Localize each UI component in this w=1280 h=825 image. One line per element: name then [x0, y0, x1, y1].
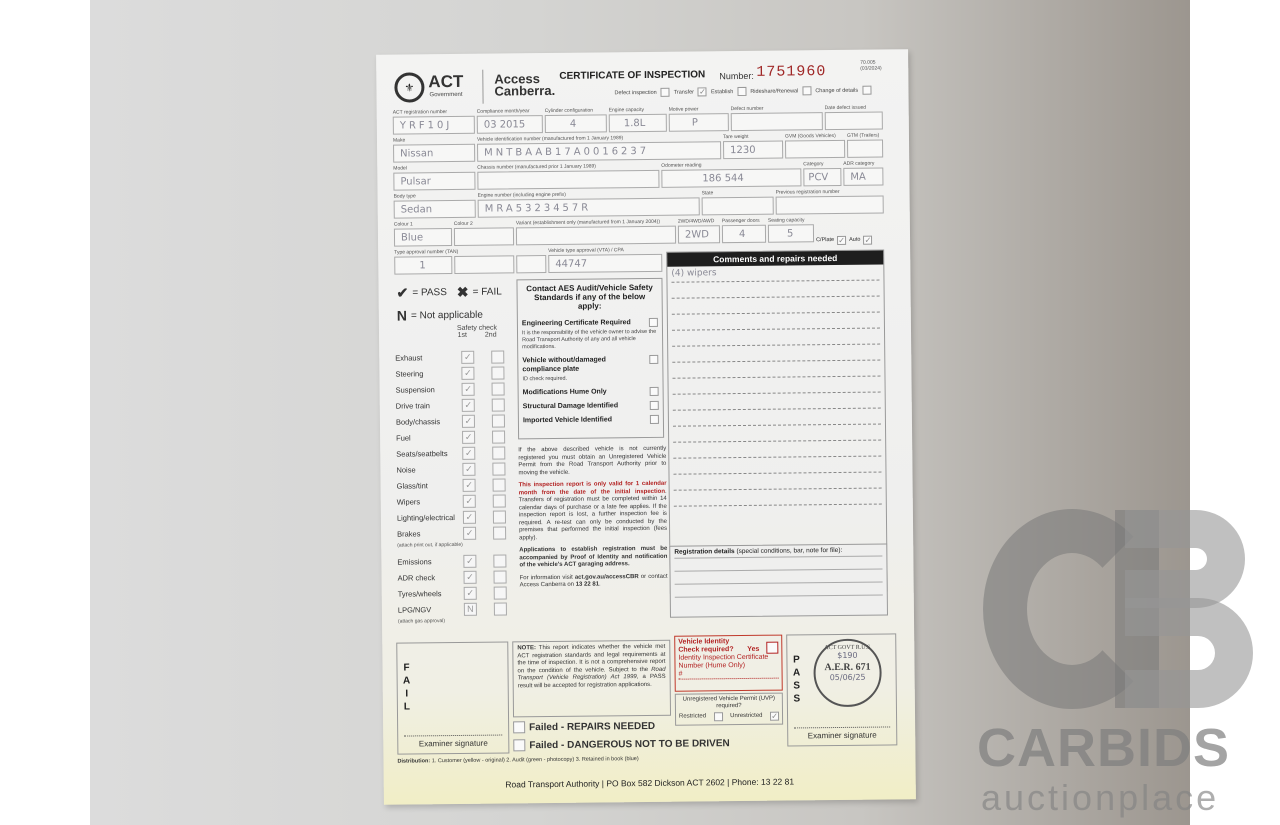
certificate-number: 1751960 [756, 63, 826, 81]
form-code: 70.005 (03/2024) [860, 59, 894, 71]
check-label: Noise [396, 465, 415, 474]
second-check-box[interactable] [494, 586, 507, 599]
check-label: LPG/NGV [398, 605, 431, 614]
result-legend: ✔= PASS✖= FAIL N= Not applicable [396, 283, 516, 329]
check-icon: ✔ [396, 284, 408, 301]
field-value [477, 170, 659, 190]
registration-details-box[interactable]: Registration details (special conditions… [669, 543, 888, 617]
failed-repairs-checkbox[interactable] [513, 721, 525, 733]
aes-item-label: Modifications Hume Only [523, 388, 607, 396]
make-field[interactable]: MakeNissan [393, 136, 475, 165]
first-check-box[interactable]: N [464, 603, 477, 616]
field-value: MRA5323457R [478, 197, 700, 217]
check-note: (attach print out, if applicable) [397, 542, 463, 549]
previous-registration-field[interactable]: Previous registration number [776, 187, 884, 216]
aes-title: Contact AES Audit/Vehicle Safety Standar… [521, 283, 657, 311]
fail-examiner-signature: Examiner signature [398, 738, 508, 748]
first-check-box[interactable]: ✓ [463, 555, 476, 568]
aes-item-label: Engineering Certificate Required [522, 319, 631, 327]
second-check-box[interactable] [493, 570, 506, 583]
inspection-type-label: Change of details [815, 87, 858, 93]
gtm-field[interactable]: GTM (Trailers) [847, 132, 883, 160]
drive-type-field[interactable]: 2WD/4WD/AWD2WD [678, 217, 720, 245]
aes-item: Vehicle without/damaged compliance plate [522, 355, 658, 374]
pass-vertical-label: PASS [791, 653, 802, 705]
aes-item-checkbox[interactable] [649, 318, 658, 327]
aes-item-checkbox[interactable] [650, 387, 659, 396]
field-value: 4 [545, 114, 607, 133]
validity-notice: This inspection report is only valid for… [519, 481, 668, 543]
second-check-box[interactable] [493, 478, 506, 491]
field-label: Passenger doors [722, 217, 766, 225]
aes-item-note: It is the responsibility of the vehicle … [522, 329, 658, 351]
aes-item-checkbox[interactable] [649, 355, 658, 364]
field-value [825, 112, 883, 131]
aes-item-note: ID check required. [522, 375, 658, 383]
field-value [454, 227, 514, 246]
field-label: Variant (establishment only (manufacture… [516, 218, 676, 228]
second-check-box[interactable] [494, 602, 507, 615]
note-text1: This report indicates whether the vehicl… [517, 644, 665, 674]
first-check-box[interactable]: ✓ [462, 463, 475, 476]
registration-number-field[interactable]: ACT registration numberYRF10J [393, 108, 475, 137]
inspection-type-checkbox[interactable] [802, 86, 811, 95]
uvp-restricted-label: Restricted [679, 713, 706, 720]
vertical-letter: A [402, 674, 412, 687]
seating-capacity-field[interactable]: Seating capacity5 [768, 216, 814, 244]
colour1-field[interactable]: Colour 1Blue [394, 220, 452, 249]
vertical-letter: S [792, 692, 802, 705]
website-link[interactable]: act.gov.au/accessCBR [575, 574, 639, 581]
aes-contact-box: Contact AES Audit/Vehicle Safety Standar… [516, 278, 664, 440]
first-check-box[interactable]: ✓ [462, 431, 475, 444]
failed-repairs-label: Failed - REPAIRS NEEDED [529, 720, 655, 732]
inspection-type-checkbox[interactable] [862, 86, 871, 95]
safety-check-row: Suspension✓ [394, 381, 514, 398]
vertical-letter: L [402, 700, 412, 713]
check-label: Emissions [397, 557, 431, 566]
contact-info: For information visit act.gov.au/accessC… [520, 573, 668, 590]
uvp-unrestricted-label: Unrestricted [730, 713, 762, 720]
engine-capacity-field[interactable]: Engine capacity1.8L [609, 106, 667, 135]
gvm-field[interactable]: GVM (Goods Vehicles) [785, 132, 845, 161]
aes-item-label: Structural Damage Identified [523, 402, 618, 410]
defect-number-field[interactable]: Defect number [731, 104, 823, 133]
colour2-field[interactable]: Colour 2 [454, 219, 514, 248]
cross-icon: ✖ [457, 284, 469, 301]
stamp-fee: $190 [815, 651, 879, 661]
comments-box: Comments and repairs needed (4) wipers [666, 249, 888, 593]
check-label: Steering [395, 369, 423, 378]
field-value [516, 226, 676, 246]
safety-check-row: Seats/seatbelts✓ [394, 445, 514, 462]
second-check-box[interactable] [492, 398, 505, 411]
field-value: 1.8L [609, 114, 667, 133]
engine-number-field[interactable]: Engine number (including engine prefix)M… [478, 189, 700, 219]
second-check-box[interactable] [492, 430, 505, 443]
uvp-restricted-checkbox[interactable] [714, 712, 723, 721]
tan-box-2[interactable] [454, 255, 514, 284]
first-check-box[interactable]: ✓ [463, 571, 476, 584]
signature-line [404, 735, 502, 737]
first-check-box[interactable]: ✓ [463, 511, 476, 524]
adr-category-field[interactable]: ADR categoryMA [843, 160, 883, 188]
check-label: Wipers [397, 497, 420, 506]
inspection-type-checkbox[interactable] [661, 88, 670, 97]
check-label: Suspension [396, 385, 435, 394]
official-stamp: ACT GOVT R.U.S $190 A.E.R. 671 05/06/25 [813, 639, 882, 708]
vertical-letter: I [402, 687, 412, 700]
aes-item-note [523, 426, 659, 427]
inspection-type-checkbox[interactable] [737, 87, 746, 96]
document-title: CERTIFICATE OF INSPECTION [559, 69, 705, 82]
second-check-box[interactable] [492, 414, 505, 427]
first-check-box[interactable]: ✓ [463, 479, 476, 492]
second-check-box[interactable] [492, 446, 505, 459]
variant-field[interactable]: Variant (establishment only (manufacture… [516, 218, 676, 248]
field-value: Pulsar [393, 172, 475, 191]
legal-note: NOTE: This report indicates whether the … [512, 640, 671, 718]
odometer-field[interactable]: Odometer reading186 544 [661, 160, 801, 189]
aes-item-note [523, 398, 659, 399]
body-type-field[interactable]: Body typeSedan [394, 192, 476, 221]
signature-line [794, 726, 890, 728]
field-value: Nissan [393, 144, 475, 163]
first-check-box[interactable]: ✓ [464, 587, 477, 600]
inspection-type-label: Transfer [674, 89, 694, 95]
first-check-box[interactable]: ✓ [461, 351, 474, 364]
check-label: Lighting/electrical [397, 513, 455, 523]
first-check-box[interactable]: ✓ [462, 447, 475, 460]
field-label: 2WD/4WD/AWD [678, 217, 720, 225]
check-note: (attach gas approval) [398, 618, 445, 624]
cylinder-config-field[interactable]: Cylinder configuration4 [545, 106, 607, 135]
safety-check-row: Exhaust✓ [393, 349, 513, 366]
cplate-label: C/Plate [816, 237, 834, 243]
safety-check-row: Glass/tint✓ [395, 477, 515, 494]
auto-label: Auto [849, 237, 860, 243]
second-check-box[interactable] [492, 462, 505, 475]
first-check-box[interactable]: ✓ [462, 415, 475, 428]
vertical-letter: A [792, 666, 802, 679]
safety-check-row: Body/chassis✓ [394, 413, 514, 430]
safety-check-row: Wipers✓ [395, 493, 515, 510]
inspection-type-checkbox[interactable]: ✓ [698, 87, 707, 96]
field-value: 44747 [548, 254, 662, 273]
field-value [731, 112, 823, 131]
aes-item: Engineering Certificate Required [522, 318, 658, 328]
uvp-unrestricted-checkbox[interactable]: ✓ [770, 712, 779, 721]
safety-check-row: LPG/NGVN [396, 601, 516, 618]
field-value [847, 140, 883, 158]
reg-label-rest: (special conditions, bar, note for file)… [735, 547, 843, 555]
distribution-note: Distribution: 1. Customer (yellow - orig… [397, 756, 638, 765]
information-text: If the above described vehicle is not cu… [518, 446, 668, 595]
first-check-box[interactable]: ✓ [462, 383, 475, 396]
first-check-box[interactable]: ✓ [462, 399, 475, 412]
field-value: PCV [803, 168, 841, 186]
fail-section: FAIL Examiner signature [396, 641, 509, 754]
safety-check-row: Noise✓ [394, 461, 514, 478]
check-label: Exhaust [395, 353, 422, 362]
access-canberra-logo: Access Canberra. [494, 73, 555, 98]
field-value: 1 [394, 256, 452, 275]
field-value: YRF10J [393, 116, 475, 135]
vin-field[interactable]: Vehicle identification number (manufactu… [477, 133, 721, 164]
vic-yes-label: Yes [747, 646, 759, 654]
establish-notice: Applications to establish registration m… [519, 546, 667, 570]
first-label: 1st [458, 332, 467, 339]
safety-check-row: ADR check✓ [395, 569, 515, 586]
vertical-letter: P [791, 653, 801, 666]
safety-check-row: Tyres/wheels✓ [396, 585, 516, 602]
certificate-of-inspection: ⚜ ACT Government Access Canberra. CERTIF… [376, 49, 916, 805]
vehicle-identity-check: Vehicle Identity Check required?Yes Iden… [674, 635, 783, 692]
second-check-box[interactable] [492, 382, 505, 395]
check-label: Brakes [397, 529, 420, 538]
field-value: 186 544 [661, 168, 801, 187]
check-label: Fuel [396, 433, 411, 442]
uvp-section: Unregistered Vehicle Permit (UVP) requir… [675, 693, 783, 726]
second-check-box[interactable] [493, 526, 506, 539]
aes-item: Structural Damage Identified [523, 401, 659, 411]
phone-number: 13 22 81 [576, 582, 599, 588]
check-label: ADR check [398, 573, 436, 582]
check-label: Tyres/wheels [398, 589, 442, 598]
second-check-box[interactable] [493, 510, 506, 523]
comment-line[interactable] [674, 489, 882, 507]
pass-examiner-signature: Examiner signature [788, 730, 896, 740]
inspection-type-options: Defect inspectionTransfer✓EstablishRides… [614, 86, 871, 98]
n-icon: N [397, 307, 407, 323]
field-value: 5 [768, 224, 814, 242]
logo-divider [482, 70, 483, 104]
aes-item-checkbox[interactable] [650, 415, 659, 424]
field-value: 03 2015 [477, 115, 543, 134]
category-field[interactable]: CategoryPCV [803, 160, 841, 188]
inspection-type-label: Establish [711, 89, 733, 95]
vic-title: Vehicle Identity Check required? [678, 638, 740, 655]
compliance-date-field[interactable]: Compliance month/year03 2015 [477, 107, 543, 136]
access-line2: Canberra. [494, 85, 555, 98]
field-value: MA [843, 168, 883, 186]
safety-check-row: Emissions✓ [395, 553, 515, 570]
validity-rest: . Transfers of registration must be comp… [519, 488, 667, 541]
field-value [785, 140, 845, 159]
first-check-box[interactable]: ✓ [463, 495, 476, 508]
validity-warning: This inspection report is only valid for… [519, 481, 667, 496]
aes-item: Modifications Hume Only [523, 387, 659, 397]
tan-field[interactable]: Type approval number (TAN)1 [394, 248, 452, 277]
act-logo-text: ACT [428, 72, 463, 92]
field-value: P [669, 113, 729, 132]
field-value: Blue [394, 228, 452, 247]
field-label: Type approval number (TAN) [394, 248, 452, 257]
chassis-number-field[interactable]: Chassis number (manufactured prior 1 Jan… [477, 162, 659, 192]
check-label: Body/chassis [396, 417, 440, 426]
distribution-label: Distribution: [397, 758, 430, 764]
vertical-letter: S [792, 679, 802, 692]
first-check-box[interactable]: ✓ [461, 367, 474, 380]
safety-check-header: Safety check 1st2nd [457, 325, 497, 339]
number-label: Number: [719, 71, 754, 81]
act-crest-icon: ⚜ [394, 72, 424, 102]
tare-weight-field[interactable]: Tare weight1230 [723, 133, 783, 162]
failed-dangerous-option[interactable]: Failed - DANGEROUS NOT TO BE DRIVEN [513, 737, 730, 751]
field-value [776, 195, 884, 214]
field-value: Sedan [394, 200, 476, 219]
pass-legend: = PASS [412, 287, 447, 298]
second-check-box[interactable] [491, 366, 504, 379]
failed-dangerous-label: Failed - DANGEROUS NOT TO BE DRIVEN [529, 738, 729, 751]
field-value: 1230 [723, 141, 783, 160]
field-value: MNTBAAB17A0016237 [477, 141, 721, 162]
fail-legend: = FAIL [473, 287, 502, 298]
check-label: Drive train [396, 401, 430, 410]
aes-item-label: Imported Vehicle Identified [523, 416, 612, 424]
safety-check-row: Brakes✓ [395, 525, 515, 542]
reg-label-bold: Registration details [674, 548, 734, 556]
footer-address: Road Transport Authority | PO Box 582 Di… [384, 775, 916, 791]
check-label: Glass/tint [397, 481, 428, 490]
second-check-box[interactable] [491, 350, 504, 363]
inspection-type-label: Rideshare/Renewal [750, 88, 798, 95]
fail-vertical-label: FAIL [401, 661, 412, 713]
failed-repairs-option[interactable]: Failed - REPAIRS NEEDED [513, 720, 655, 733]
vic-subtitle: Identity Inspection Certificate Number (… [678, 654, 778, 671]
inspection-type-label: Defect inspection [614, 89, 656, 95]
field-value: 4 [722, 225, 766, 243]
na-legend: = Not applicable [411, 309, 483, 321]
second-check-box[interactable] [493, 494, 506, 507]
field-label: GTM (Trailers) [847, 132, 883, 140]
contact-pre: For information visit [520, 574, 575, 581]
aes-item-note [523, 412, 659, 413]
first-check-box[interactable]: ✓ [463, 527, 476, 540]
vic-yes-checkbox[interactable] [766, 642, 778, 654]
date-defect-field[interactable]: Date defect issued [825, 104, 883, 133]
pass-section: PASS ACT GOVT R.U.S $190 A.E.R. 671 05/0… [786, 633, 897, 746]
passenger-doors-field[interactable]: Passenger doors4 [722, 217, 766, 245]
aes-item: Imported Vehicle Identified [523, 415, 659, 425]
vta-cpa-field[interactable]: Vehicle type approval (VTA) / CPA44747 [548, 246, 662, 275]
second-check-box[interactable] [493, 554, 506, 567]
act-government-text: Government [429, 92, 462, 98]
stamp-date: 05/06/25 [816, 673, 880, 683]
vic-number-field[interactable]: # [679, 670, 779, 680]
uvp-question: Unregistered Vehicle Permit (UVP) requir… [676, 696, 782, 711]
check-label: Seats/seatbelts [396, 449, 447, 459]
aes-item-checkbox[interactable] [650, 401, 659, 410]
safety-check-row: Steering✓ [393, 365, 513, 382]
safety-check-row: Drive train✓ [394, 397, 514, 414]
stamp-id: A.E.R. 671 [815, 662, 879, 674]
state-field[interactable]: State [702, 189, 774, 218]
unregistered-notice: If the above described vehicle is not cu… [518, 446, 666, 478]
check-note-row: (attach gas approval) [396, 617, 516, 626]
aes-item-label: Vehicle without/damaged compliance plate [522, 356, 606, 373]
distribution-items: 1. Customer (yellow - original) 2. Audit… [432, 756, 639, 764]
note-label: NOTE: [517, 645, 536, 651]
safety-check-list: Exhaust✓Steering✓Suspension✓Drive train✓… [393, 349, 516, 626]
failed-dangerous-checkbox[interactable] [513, 739, 525, 751]
field-value: 2WD [678, 225, 720, 243]
second-label: 2nd [485, 332, 497, 339]
vertical-letter: F [401, 661, 411, 674]
safety-check-row: Lighting/electrical✓ [395, 509, 515, 526]
safety-check-row: Fuel✓ [394, 429, 514, 446]
model-field[interactable]: ModelPulsar [393, 164, 475, 193]
contact-end: . [599, 581, 601, 587]
motive-power-field[interactable]: Motive powerP [669, 105, 729, 134]
field-value [702, 197, 774, 216]
